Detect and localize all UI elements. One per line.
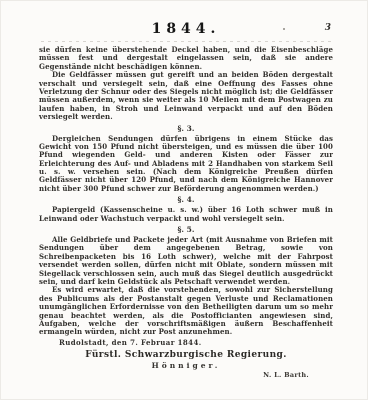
scanned-document-page: 1844. 3 sie dürfen keine überstehende De…: [0, 0, 368, 400]
paragraph-section-3: Dergleichen Sendungen dürfen übrigens in…: [39, 135, 333, 194]
header-rule: [41, 41, 331, 42]
paragraph-section-5: Alle Geldbriefe und Packete jeder Art (m…: [39, 236, 333, 286]
running-head: 1844. 3: [39, 21, 333, 39]
paragraph-closing: Es wird erwartet, daß die vorstehenden, …: [39, 286, 333, 336]
ink-speck: [283, 28, 285, 30]
dateline: Rudolstadt, den 7. Februar 1844.: [39, 338, 333, 347]
signer-name-right: N. L. Barth.: [39, 371, 309, 379]
page-sheet: 1844. 3 sie dürfen keine überstehende De…: [1, 1, 368, 400]
paragraph-section-4: Papiergeld (Kassenscheine u. s. w.) über…: [39, 206, 333, 223]
section-heading-5: §. 5.: [39, 225, 333, 234]
page-number: 3: [325, 23, 331, 33]
signer-name-center: Hönniger.: [39, 361, 333, 370]
paragraph-continuation: sie dürfen keine überstehende Deckel hab…: [39, 46, 333, 71]
section-heading-4: §. 4.: [39, 195, 333, 204]
section-heading-3: §. 3.: [39, 124, 333, 133]
authority-line: Fürstl. Schwarzburgische Regierung.: [39, 350, 333, 360]
year-header: 1844.: [39, 21, 333, 37]
paragraph-geldfaesser: Die Geldfässer müssen gut gereift und an…: [39, 71, 333, 121]
